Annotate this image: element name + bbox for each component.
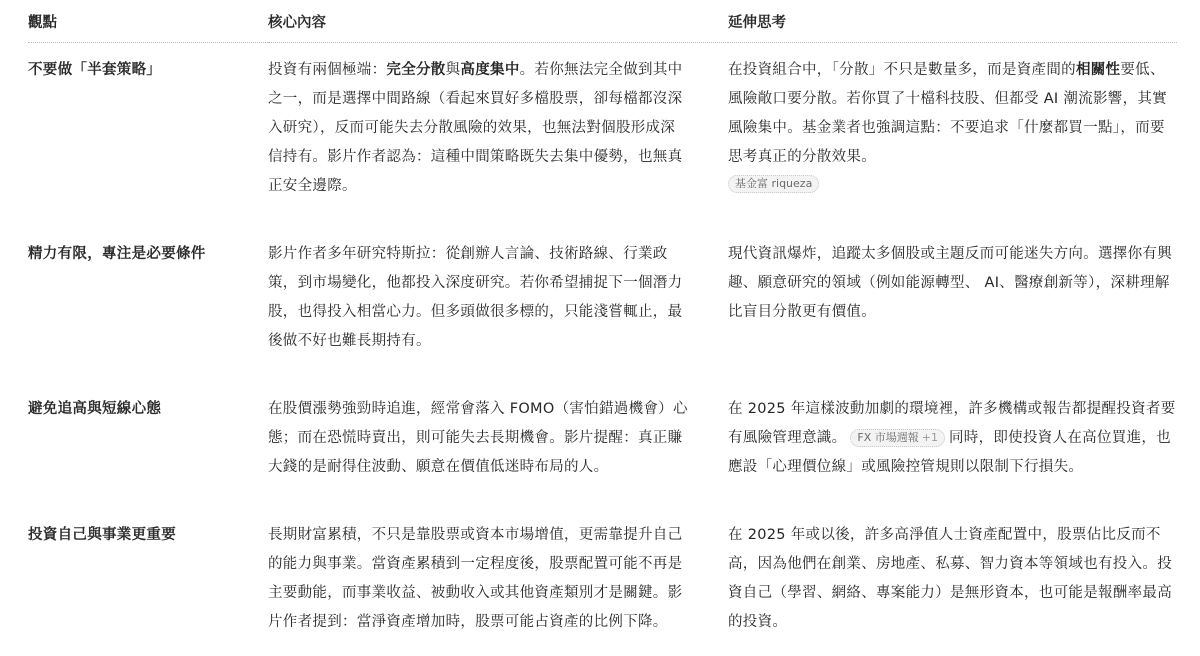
row-topic: 精力有限，專注是必要條件 [28,230,268,385]
row-core-content: 投資有兩個極端：完全分散與高度集中。若你無法完全做到其中之一，而是選擇中間路線（… [268,43,728,231]
row-topic: 避免追高與短線心態 [28,385,268,511]
table-row: 不要做「半套策略」 投資有兩個極端：完全分散與高度集中。若你無法完全做到其中之一… [28,43,1177,231]
table-header-row: 觀點 核心內容 延伸思考 [28,0,1177,43]
table-row: 精力有限，專注是必要條件 影片作者多年研究特斯拉：從創辦人言論、技術路線、行業政… [28,230,1177,385]
row-core-content: 長期財富累積，不只是靠股票或資本市場增值，更需靠提升自己的能力與事業。當資產累積… [268,511,728,647]
row-extended-thinking: 在投資組合中，「分散」不只是數量多，而是資產間的相關性要低、風險敞口要分散。若你… [728,43,1177,231]
text: 在投資組合中，「分散」不只是數量多，而是資產間的 [728,62,1076,78]
bold-text: 相關性 [1076,62,1120,78]
source-citation-chip[interactable]: 基金富 riqueza [728,175,819,193]
comparison-table: 觀點 核心內容 延伸思考 不要做「半套策略」 投資有兩個極端：完全分散與高度集中… [28,0,1177,647]
table-row: 投資自己與事業更重要 長期財富累積，不只是靠股票或資本市場增值，更需靠提升自己的… [28,511,1177,647]
text: 在股價漲勢強勁時追進，經常會落入 FOMO（害怕錯過機會）心態；而在恐慌時賣出，… [268,401,688,475]
comparison-table-container: 觀點 核心內容 延伸思考 不要做「半套策略」 投資有兩個極端：完全分散與高度集中… [28,0,1177,647]
row-extended-thinking: 在 2025 年或以後，許多高淨值人士資產配置中，股票佔比反而不高，因為他們在創… [728,511,1177,647]
header-extended-thinking: 延伸思考 [728,0,1177,43]
row-extended-thinking: 現代資訊爆炸，追蹤太多個股或主題反而可能迷失方向。選擇你有興趣、願意研究的領域（… [728,230,1177,385]
text: 現代資訊爆炸，追蹤太多個股或主題反而可能迷失方向。選擇你有興趣、願意研究的領域（… [728,246,1172,320]
text: 投資有兩個極端： [268,62,386,78]
row-core-content: 在股價漲勢強勁時追進，經常會落入 FOMO（害怕錯過機會）心態；而在恐慌時賣出，… [268,385,728,511]
source-chip-more-count: +1 [922,431,938,444]
text: 長期財富累積，不只是靠股票或資本市場增值，更需靠提升自己的能力與事業。當資產累積… [268,527,682,630]
bold-text: 高度集中 [460,62,519,78]
header-core-content: 核心內容 [268,0,728,43]
row-topic: 投資自己與事業更重要 [28,511,268,647]
source-chip-label: 基金富 riqueza [735,177,812,190]
source-chip-line: 基金富 riqueza [724,172,1177,196]
source-chip-label: FX 市場週報 [857,431,918,444]
row-extended-thinking: 在 2025 年這樣波動加劇的環境裡，許多機構或報告都提醒投資者要有風險管理意識… [728,385,1177,511]
text: 與 [446,62,461,78]
bold-text: 完全分散 [386,62,445,78]
header-viewpoint: 觀點 [28,0,268,43]
text: 在 2025 年或以後，許多高淨值人士資產配置中，股票佔比反而不高，因為他們在創… [728,527,1172,630]
text: 。若你無法完全做到其中之一，而是選擇中間路線（看起來買好多檔股票，卻每檔都沒深入… [268,62,682,194]
table-row: 避免追高與短線心態 在股價漲勢強勁時追進，經常會落入 FOMO（害怕錯過機會）心… [28,385,1177,511]
source-citation-chip[interactable]: FX 市場週報+1 [850,429,945,447]
row-topic: 不要做「半套策略」 [28,43,268,231]
row-core-content: 影片作者多年研究特斯拉：從創辦人言論、技術路線、行業政策，到市場變化，他都投入深… [268,230,728,385]
text: 影片作者多年研究特斯拉：從創辦人言論、技術路線、行業政策，到市場變化，他都投入深… [268,246,682,349]
